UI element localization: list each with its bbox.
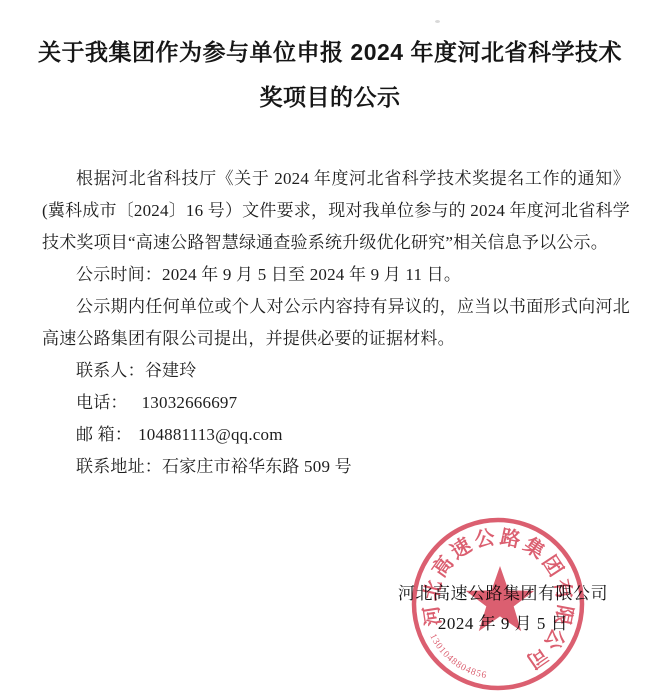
seal-serial-number: 1301048804856 [427,632,488,681]
document-body: 根据河北省科技厅《关于 2024 年度河北省科学技术奖提名工作的通知》(冀科成市… [42,163,630,483]
phone-value: 13032666697 [142,393,238,412]
contact-person-line: 联系人：谷建玲 [42,355,630,387]
announcement-document: 关于我集团作为参与单位申报 2024 年度河北省科学技术 奖项目的公示 根据河北… [0,0,660,700]
email-line: 邮 箱：104881113@qq.com [42,419,630,451]
contact-person-label: 联系人： [76,361,145,380]
signature-date: 2024 年 9 月 5 日 [397,609,609,639]
signature-company: 河北高速公路集团有限公司 [397,579,609,609]
paragraph-basis: 根据河北省科技厅《关于 2024 年度河北省科学技术奖提名工作的通知》(冀科成市… [42,163,630,259]
phone-line: 电话：13032666697 [42,387,630,419]
email-label: 邮 箱： [76,425,132,444]
address-label: 联系地址： [76,457,162,476]
signature-block: 河北高速公路集团有限公司 2024 年 9 月 5 日 [397,579,609,639]
title-line-2: 奖项目的公示 [28,75,632,120]
document-title: 关于我集团作为参与单位申报 2024 年度河北省科学技术 奖项目的公示 [28,30,632,120]
address-line: 联系地址：石家庄市裕华东路 509 号 [42,451,630,483]
contact-person-value: 谷建玲 [145,361,197,380]
title-line-1: 关于我集团作为参与单位申报 2024 年度河北省科学技术 [28,30,632,75]
email-value: 104881113@qq.com [138,425,283,444]
address-value: 石家庄市裕华东路 509 号 [162,457,352,476]
paragraph-public-period: 公示时间：2024 年 9 月 5 日至 2024 年 9 月 11 日。 [42,259,630,291]
paragraph-objection: 公示期内任何单位或个人对公示内容持有异议的，应当以书面形式向河北高速公路集团有限… [42,291,630,355]
scan-artifact-dot [435,20,440,23]
phone-label: 电话： [76,393,128,412]
